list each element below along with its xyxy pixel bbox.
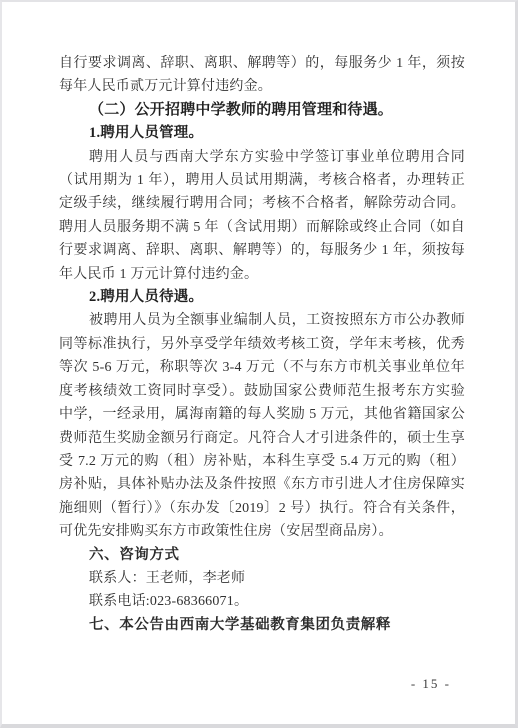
doc-line: 定级手续，继续履行聘用合同；考核不合格者，解除劳动合同。 [59, 192, 465, 215]
doc-line: 可优先安排购买东方市政策性住房（安居型商品房）。 [59, 520, 465, 543]
doc-contact-phone: 联系电话:023-68366071。 [59, 590, 465, 613]
doc-line: 聘用人员与西南大学东方实验中学签订事业单位聘用合同 [59, 146, 465, 169]
doc-line: 行要求调离、辞职、离职、解聘等）的，每服务少 1 年，须按每 [59, 239, 465, 262]
doc-heading-section-6: 六、咨询方式 [59, 544, 465, 567]
doc-line: 自行要求调离、辞职、离职、解聘等）的，每服务少 1 年，须按 [59, 52, 465, 75]
doc-contact-names: 联系人：王老师，李老师 [59, 567, 465, 590]
doc-heading-section-7: 七、本公告由西南大学基础教育集团负责解释 [59, 614, 465, 637]
doc-line: 房补贴，具体补贴办法及条件按照《东方市引进人才住房保障实 [59, 473, 465, 496]
doc-line: 年人民币 1 万元计算付违约金。 [59, 263, 465, 286]
doc-heading-item-2: 2.聘用人员待遇。 [59, 286, 465, 309]
doc-line: 等次 5-6 万元，称职等次 3-4 万元（不与东方市机关事业单位年 [59, 356, 465, 379]
doc-line: 同等标准执行，另外享受学年绩效考核工资，学年末考核，优秀 [59, 333, 465, 356]
doc-line: 每年人民币贰万元计算付违约金。 [59, 75, 465, 98]
doc-line: 中学，一经录用，属海南籍的每人奖励 5 万元，其他省籍国家公 [59, 403, 465, 426]
page-number: - 15 - [411, 676, 451, 692]
document-page: 自行要求调离、辞职、离职、解聘等）的，每服务少 1 年，须按 每年人民币贰万元计… [0, 0, 518, 728]
doc-heading-section-2: （二）公开招聘中学教师的聘用管理和待遇。 [59, 99, 465, 122]
doc-line: 施细则（暂行）》（东办发〔2019〕2 号）执行。符合有关条件， [59, 497, 465, 520]
doc-line: 受 7.2 万元的购（租）房补贴，本科生享受 5.4 万元的购（租） [59, 450, 465, 473]
doc-line: 度考核绩效工资同时享受）。鼓励国家公费师范生报考东方实验 [59, 380, 465, 403]
doc-line: （试用期为 1 年），聘用人员试用期满，考核合格者，办理转正 [59, 169, 465, 192]
doc-heading-item-1: 1.聘用人员管理。 [59, 122, 465, 145]
doc-line: 聘用人员服务期不满 5 年（含试用期）而解除或终止合同（如自 [59, 216, 465, 239]
document-text-block: 自行要求调离、辞职、离职、解聘等）的，每服务少 1 年，须按 每年人民币贰万元计… [59, 52, 465, 637]
doc-line: 被聘用人员为全额事业编制人员，工资按照东方市公办教师 [59, 309, 465, 332]
doc-line: 费师范生奖励金额另行商定。凡符合人才引进条件的，硕士生享 [59, 427, 465, 450]
